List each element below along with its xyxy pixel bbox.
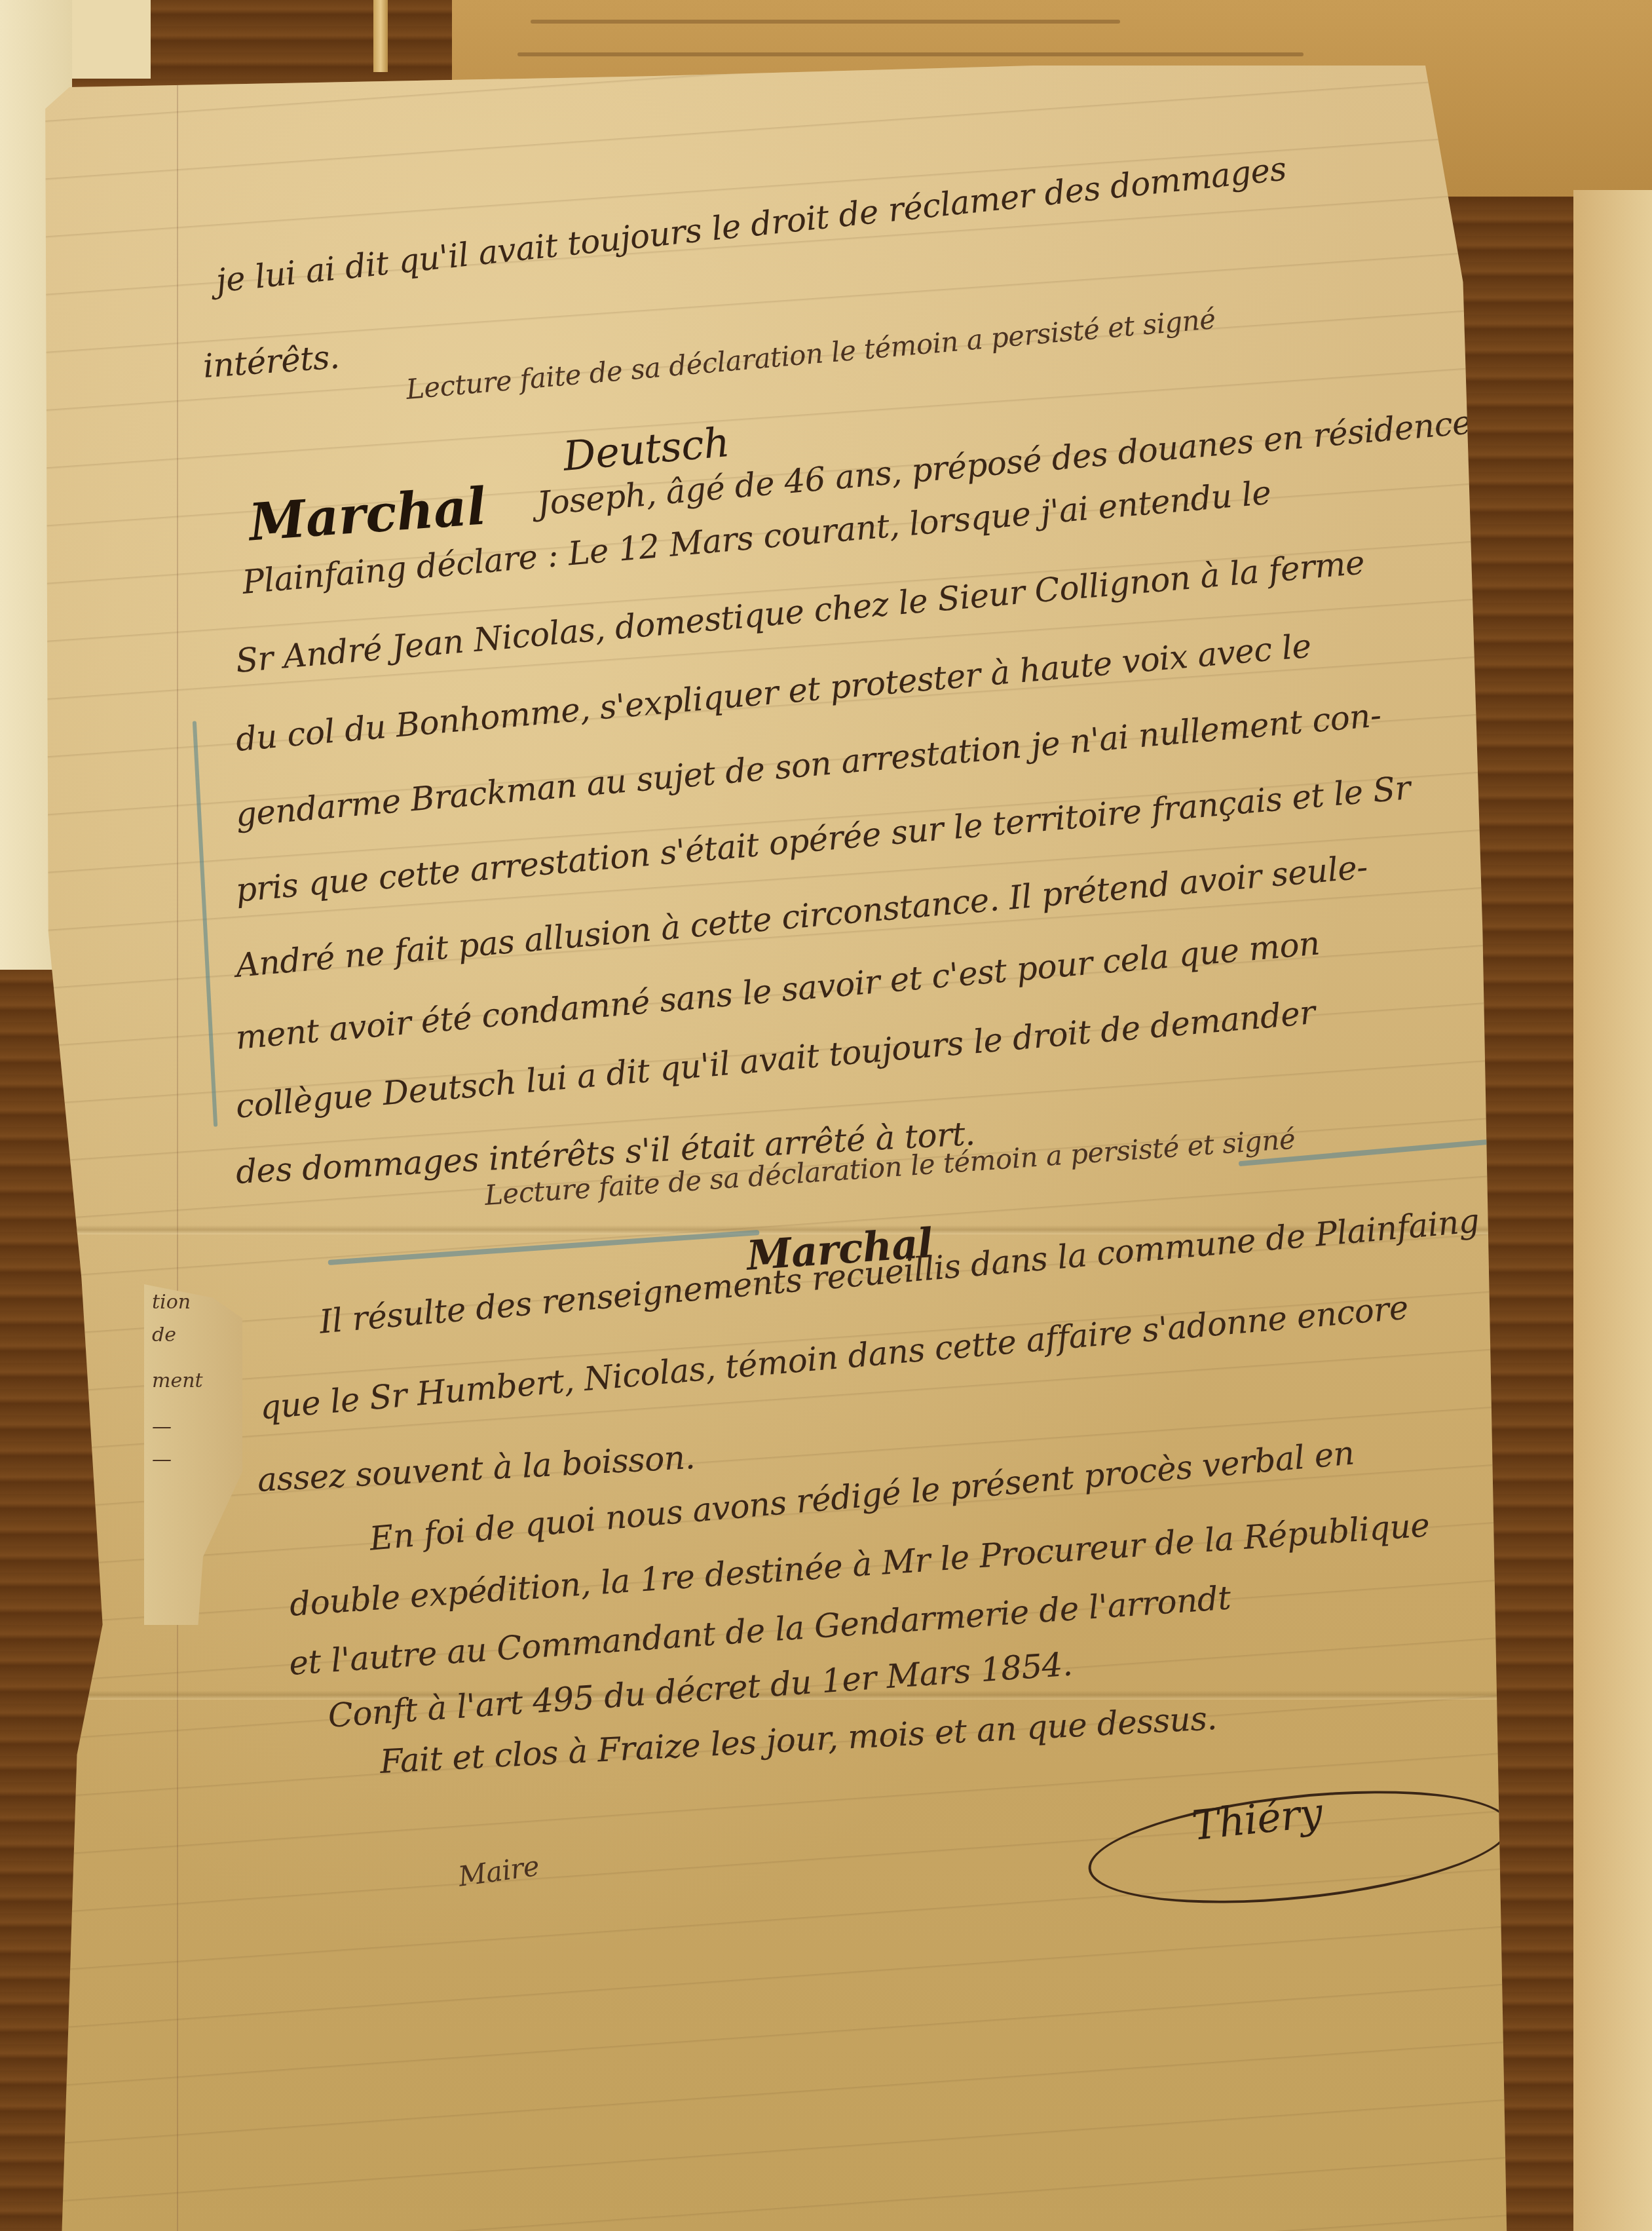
text-line: intérêts. xyxy=(202,338,341,385)
fragment-word: de xyxy=(152,1324,176,1346)
text-line: je lui ai dit qu'il avait toujours le dr… xyxy=(214,149,1288,299)
text-line: assez souvent à la boisson. xyxy=(257,1438,696,1499)
fragment-word: ment xyxy=(152,1369,203,1392)
background-pencil xyxy=(373,0,388,72)
document-sheet: je lui ai dit qu'il avait toujours le dr… xyxy=(39,66,1546,2231)
fragment-word: tion xyxy=(152,1291,191,1314)
background-sheet-right xyxy=(1573,190,1652,2231)
handwritten-text: je lui ai dit qu'il avait toujours le dr… xyxy=(39,66,1546,2231)
text-line: Lecture faite de sa déclaration le témoi… xyxy=(405,303,1217,406)
margin-name-marchal: Marchal xyxy=(247,476,488,552)
background-paper-left-corner xyxy=(72,0,151,79)
fragment-word: — xyxy=(152,1448,172,1471)
fragment-word: — xyxy=(152,1415,172,1438)
